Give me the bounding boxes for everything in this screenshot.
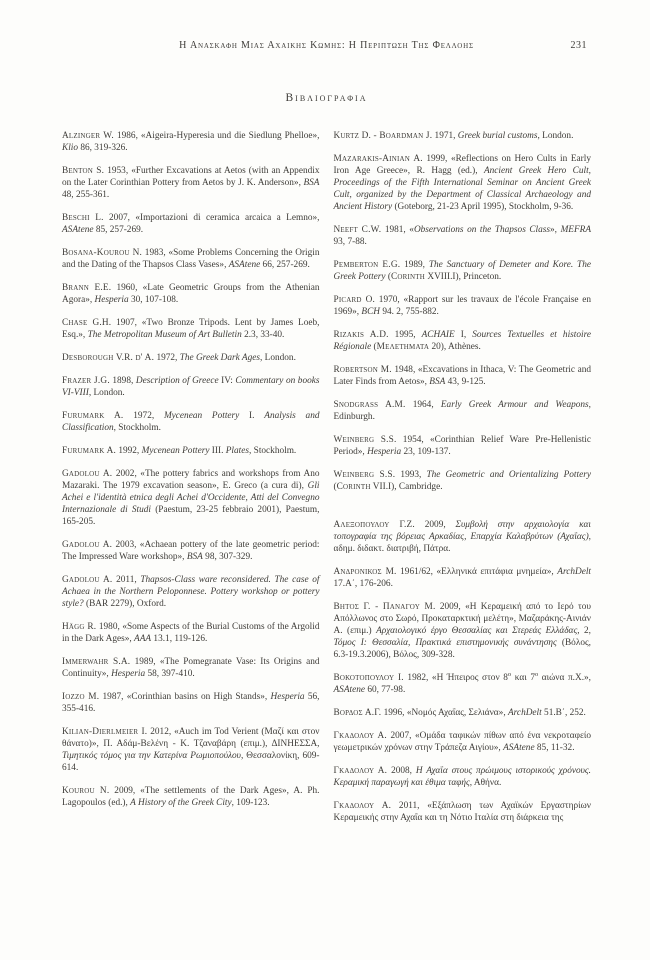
- running-header: Η Ανασκαφη Μιας Αχαικης Κωμης: Η Περιπτω…: [62, 40, 591, 54]
- bib-entry: Weinberg S.S. 1993, The Geometric and Or…: [334, 469, 592, 493]
- bib-entry: Αλεξοπουλου Γ.Ζ. 2009, Συμβολή στην αρχα…: [334, 519, 592, 555]
- bib-entry: Gadolou A. 2011, Thapsos-Class ware reco…: [62, 574, 320, 610]
- bib-entry: Robertson M. 1948, «Excavations in Ithac…: [334, 364, 592, 388]
- bib-entry: Gadolou A. 2003, «Achaean pottery of the…: [62, 539, 320, 563]
- bib-entry: Γκαδολου Α. 2011, «Εξάπλωση των Αχαϊκών …: [334, 800, 592, 824]
- bibliography-right-column: Kurtz D. - Boardman J. 1971, Greek buria…: [334, 130, 592, 835]
- running-header-title: Η Ανασκαφη Μιας Αχαικης Κωμης: Η Περιπτω…: [179, 40, 474, 51]
- bib-entry: Furumark A. 1992, Mycenean Pottery III. …: [62, 445, 320, 457]
- bib-entry: Neeft C.W. 1981, «Observations on the Th…: [334, 224, 592, 248]
- bib-entry: Hägg R. 1980, «Some Aspects of the Buria…: [62, 621, 320, 645]
- bib-entry: Pemberton E.G. 1989, The Sanctuary of De…: [334, 259, 592, 283]
- bib-entry: Bosana-Kourou N. 1983, «Some Problems Co…: [62, 247, 320, 271]
- bib-entry: Kurtz D. - Boardman J. 1971, Greek buria…: [334, 130, 592, 142]
- bib-entry: Weinberg S.S. 1954, «Corinthian Relief W…: [334, 434, 592, 458]
- page-number: 231: [571, 40, 588, 51]
- bib-entry: Βητος Γ. - Παναγου Μ. 2009, «Η Κεραμεική…: [334, 601, 592, 661]
- bibliography-left-column: Alzinger W. 1986, «Aigeira-Hyperesia und…: [62, 130, 320, 835]
- bib-entry: Kourou N. 2009, «The settlements of the …: [62, 785, 320, 809]
- bib-entry: Alzinger W. 1986, «Aigeira-Hyperesia und…: [62, 130, 320, 154]
- bib-entry: Snodgrass A.M. 1964, Early Greek Armour …: [334, 399, 592, 423]
- bib-entry: Beschi L. 2007, «Importazioni di ceramic…: [62, 212, 320, 236]
- paper-page: Η Ανασκαφη Μιας Αχαικης Κωμης: Η Περιπτω…: [0, 0, 650, 960]
- bib-entry: Γκαδολου Α. 2007, «Ομάδα ταφικών πίθων α…: [334, 730, 592, 754]
- bib-entry: Γκαδολου Α. 2008, Η Αχαΐα στους πρώιμους…: [334, 765, 592, 789]
- bib-entry: Frazer J.G. 1898, Description of Greece …: [62, 375, 320, 399]
- bib-entry: Furumark A. 1972, Mycenean Pottery I. An…: [62, 410, 320, 434]
- bib-entry: Βοκοτοπουλου Ι. 1982, «Η Ήπειρος στον 8ο…: [334, 672, 592, 696]
- section-title: Βιβλιογραφια: [62, 92, 591, 104]
- bibliography: Alzinger W. 1986, «Aigeira-Hyperesia und…: [62, 130, 591, 835]
- bib-entry: Βορδος Α.Γ. 1996, «Νομός Αχαΐας, Σελιάνα…: [334, 707, 592, 719]
- bib-entry: Brann E.E. 1960, «Late Geometric Groups …: [62, 282, 320, 306]
- bib-entry: Benton S. 1953, «Further Excavations at …: [62, 165, 320, 201]
- bib-entry: Gadolou A. 2002, «The pottery fabrics an…: [62, 468, 320, 528]
- bib-entry: Rizakis A.D. 1995, ACHAIE I, Sources Tex…: [334, 329, 592, 353]
- bib-entry: Ανδρονικος Μ. 1961/62, «Ελληνικά επιτάφι…: [334, 566, 592, 590]
- bib-entry: Desborough V.R. d' A. 1972, The Greek Da…: [62, 352, 320, 364]
- bib-entry: Picard O. 1970, «Rapport sur les travaux…: [334, 294, 592, 318]
- bib-entry: Chase G.H. 1907, «Two Bronze Tripods. Le…: [62, 317, 320, 341]
- bib-entry: Iozzo M. 1987, «Corinthian basins on Hig…: [62, 691, 320, 715]
- bib-entry: Immerwahr S.A. 1989, «The Pomegranate Va…: [62, 656, 320, 680]
- bib-entry: Mazarakis-Ainian A. 1999, «Reflections o…: [334, 153, 592, 213]
- bib-entry: Kilian-Dierlmeier I. 2012, «Auch im Tod …: [62, 726, 320, 774]
